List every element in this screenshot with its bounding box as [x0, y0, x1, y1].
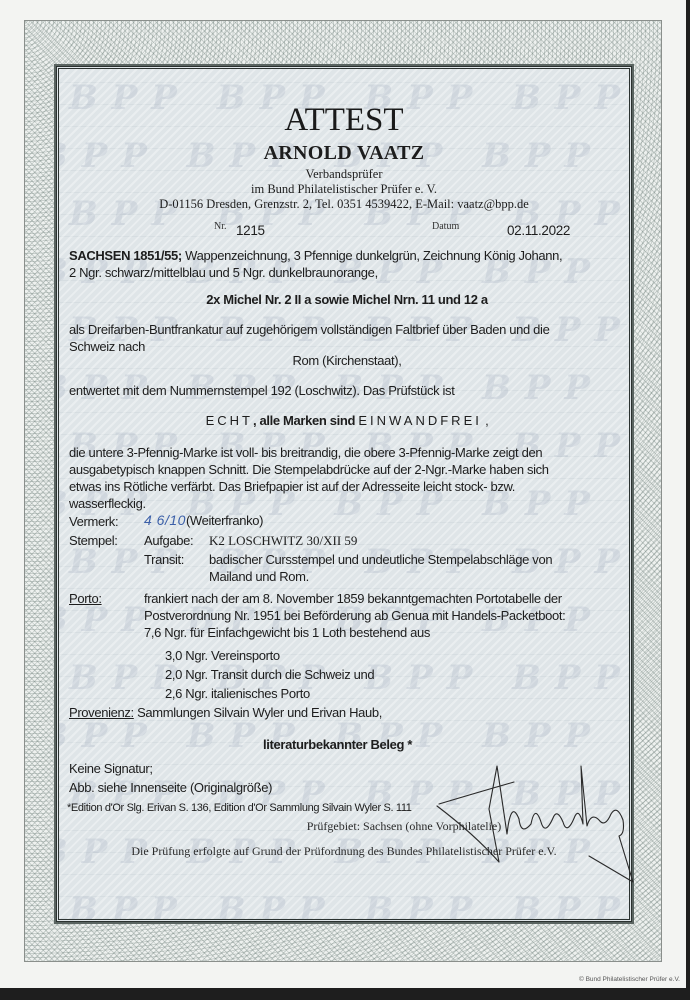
stamp-description: SACHSEN 1851/55; Wappenzeichnung, 3 Pfen…: [69, 247, 625, 281]
certificate-page: BPP BPP BPP BPP BPP BPP BPP BPPBPP BPP B…: [0, 0, 686, 988]
vermerk-value: 4 6/10(Weiterfranko): [144, 512, 263, 529]
date-label: Datum: [432, 221, 459, 232]
certificate-body: BPP BPP BPP BPP BPP BPP BPP BPPBPP BPP B…: [56, 66, 632, 922]
catalog-reference: 2x Michel Nr. 2 II a sowie Michel Nrn. 1…: [59, 291, 635, 308]
verdict: ECHT, alle Marken sind EINWANDFREI ,: [59, 412, 635, 429]
examiner-role: Verbandsprüfer: [59, 167, 629, 181]
porto-label: Porto:: [69, 590, 102, 607]
aufgabe-label: Aufgabe:: [144, 532, 193, 549]
porto-breakdown: 3,0 Ngr. Vereinsporto 2,0 Ngr. Transit d…: [165, 646, 374, 703]
footnote: *Edition d'Or Slg. Erivan S. 136, Editio…: [67, 800, 412, 817]
copyright-notice: © Bund Philatelistischer Prüfer e.V.: [579, 976, 680, 983]
transit-label: Transit:: [144, 551, 184, 568]
provenance: Provenienz: Sammlungen Silvain Wyler und…: [69, 704, 382, 721]
destination: Rom (Kirchenstaat),: [59, 352, 635, 369]
cancellation: entwertet mit dem Nummernstempel 192 (Lo…: [69, 382, 625, 399]
vermerk-label: Vermerk:: [69, 513, 118, 530]
association-name: im Bund Philatelistischer Prüfer e. V.: [59, 182, 629, 196]
stempel-label: Stempel:: [69, 532, 118, 549]
certificate-number: 1215: [236, 223, 265, 238]
porto-value: frankiert nach der am 8. November 1859 b…: [144, 590, 565, 641]
transit-value: badischer Cursstempel und undeutliche St…: [209, 551, 552, 585]
certificate-date: 02.11.2022: [507, 223, 570, 238]
signature-notes: Keine Signatur; Abb. siehe Innenseite (O…: [69, 759, 272, 797]
certificate-title: ATTEST: [59, 102, 629, 138]
franking-description: als Dreifarben-Buntfrankatur auf zugehör…: [69, 321, 625, 355]
number-label: Nr.: [214, 221, 227, 232]
examiner-signature: [419, 764, 659, 894]
examiner-name: ARNOLD VAATZ: [59, 142, 629, 164]
condition-notes: die untere 3-Pfennig-Marke ist voll- bis…: [69, 444, 625, 512]
literature-note: literaturbekannter Beleg *: [263, 736, 412, 753]
contact-line: D-01156 Dresden, Grenzstr. 2, Tel. 0351 …: [59, 197, 629, 211]
aufgabe-value: K2 LOSCHWITZ 30/XII 59: [209, 532, 357, 549]
